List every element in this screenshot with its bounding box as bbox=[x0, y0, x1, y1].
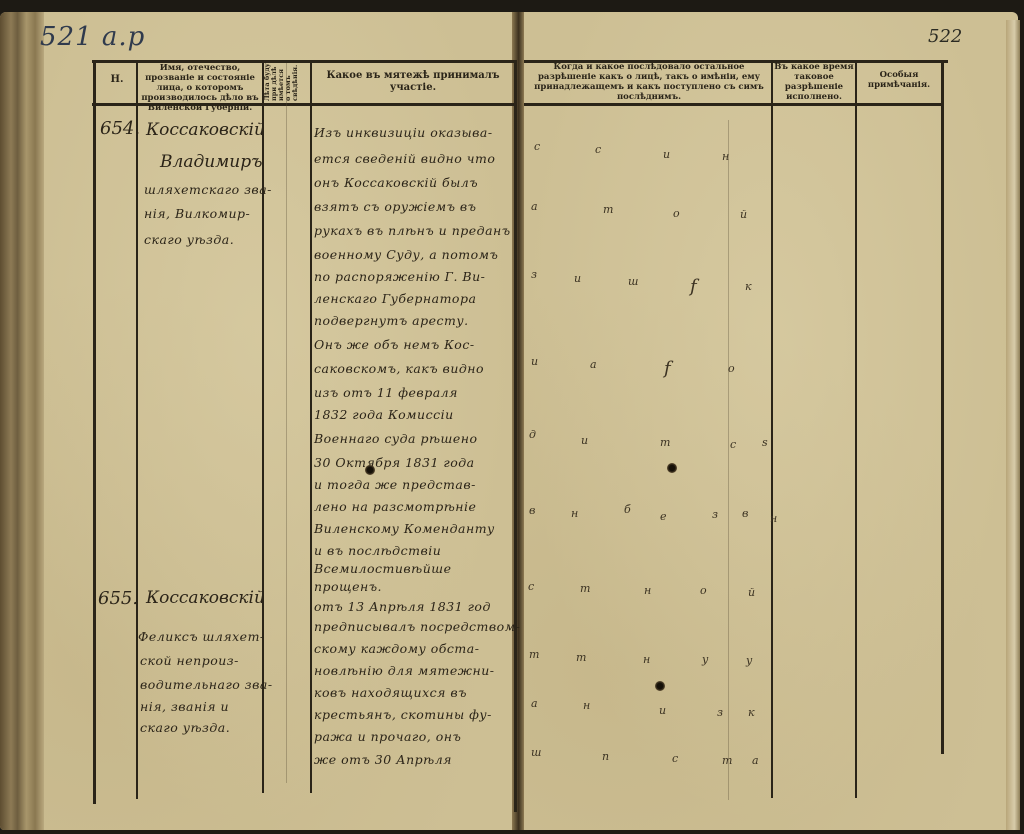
text-line: ража и прочаго, онъ bbox=[314, 729, 461, 744]
mark: с bbox=[595, 143, 601, 156]
page-edges bbox=[1006, 20, 1020, 830]
header-no: Н. bbox=[100, 74, 134, 86]
entry-name-line: нія, званія и bbox=[140, 699, 229, 714]
text-line: и въ послѣдствіи bbox=[314, 543, 441, 558]
header-name: Имя, отечество, прозваніе и состояніе ли… bbox=[140, 63, 260, 113]
text-line: Военнаго суда рѣшено bbox=[314, 431, 477, 446]
header-participation: Какое въ мятежѣ принималъ участіе. bbox=[314, 70, 512, 94]
ledger-spread: 521 а.р 522 Н. Имя, отечество, прозваніе… bbox=[0, 0, 1024, 834]
text-line: Виленскому Коменданту bbox=[314, 521, 495, 536]
text-line: изъ отъ 11 февраля bbox=[314, 385, 458, 400]
mark: а bbox=[590, 358, 597, 371]
mark: п bbox=[602, 750, 609, 763]
col-guide-faint bbox=[728, 120, 729, 800]
mark: ш bbox=[531, 746, 541, 759]
mark: н bbox=[571, 507, 578, 520]
entry-name-line: Феликсъ шляхет- bbox=[138, 629, 265, 644]
col-line-6 bbox=[771, 63, 773, 798]
mark: s bbox=[762, 436, 768, 449]
text-line: лено на разсмотрѣніе bbox=[314, 499, 476, 514]
text-line: Онъ же объ немъ Кос- bbox=[314, 337, 475, 352]
mark: т bbox=[603, 203, 613, 216]
mark: и bbox=[531, 355, 538, 368]
text-line: военному Суду, а потомъ bbox=[314, 247, 498, 262]
text-line: по распоряженію Г. Ви- bbox=[314, 269, 485, 284]
entry-name-line: водительнаго зва- bbox=[140, 677, 273, 692]
text-line: же отъ 30 Апрѣля bbox=[314, 752, 452, 767]
col-line-7 bbox=[855, 63, 857, 798]
text-line: ковъ находящихся въ bbox=[314, 685, 467, 700]
header-resolution: Когда и какое послѣдовало остальное разр… bbox=[528, 62, 770, 102]
mark: т bbox=[576, 651, 586, 664]
entry-number: 654. bbox=[100, 118, 140, 139]
mark: т bbox=[722, 754, 732, 767]
header-notes: Особыя примѣчанія. bbox=[858, 70, 940, 90]
book-edge bbox=[0, 12, 44, 830]
entry-name-line: скаго уѣзда. bbox=[144, 232, 234, 247]
mark: у bbox=[746, 654, 752, 667]
entry-name-line: Коссаковскій bbox=[146, 120, 265, 140]
mark: в bbox=[742, 507, 748, 520]
mark: д bbox=[529, 428, 536, 441]
paper-hole bbox=[667, 463, 677, 473]
text-line: подвергнутъ аресту. bbox=[314, 313, 469, 328]
entry-name-line: скаго уѣзда. bbox=[140, 720, 230, 735]
mark: ш bbox=[628, 275, 638, 288]
header-age: Лѣта буду при дѣлѣ имѣется о томъ свѣдѣн… bbox=[264, 63, 286, 101]
text-line: саковскомъ, какъ видно bbox=[314, 361, 484, 376]
text-line: 1832 года Комиссіи bbox=[314, 407, 454, 422]
mark: f bbox=[664, 358, 671, 379]
text-line: отъ 13 Апрѣля 1831 год bbox=[314, 599, 491, 614]
mark: з bbox=[717, 706, 723, 719]
col-line-0 bbox=[93, 60, 96, 804]
mark: т bbox=[660, 436, 670, 449]
mark: о bbox=[700, 584, 707, 597]
paper-hole bbox=[655, 681, 665, 691]
text-line: 30 Октября 1831 года bbox=[314, 455, 475, 470]
mark: в bbox=[529, 504, 535, 517]
mark: т bbox=[529, 648, 539, 661]
mark: и bbox=[574, 272, 581, 285]
entry-number: 655. bbox=[98, 588, 138, 609]
mark: о bbox=[728, 362, 735, 375]
col-line-1 bbox=[136, 63, 138, 799]
mark: з bbox=[531, 268, 537, 281]
mark: к bbox=[745, 280, 752, 293]
right-page-number: 522 bbox=[928, 26, 962, 47]
left-page-number: 521 а.р bbox=[40, 22, 145, 52]
mark: з bbox=[712, 508, 718, 521]
mark: о bbox=[673, 207, 680, 220]
text-line: рукахъ въ плѣнъ и преданъ bbox=[314, 223, 511, 238]
text-line: Всемилостивѣйше bbox=[314, 561, 451, 576]
mark: у bbox=[702, 653, 708, 666]
mark: а bbox=[752, 754, 759, 767]
col-line-5 bbox=[514, 60, 517, 812]
entry-name-line: Коссаковскій bbox=[146, 588, 265, 608]
header-bottom-rule-right bbox=[524, 103, 942, 106]
text-line: онъ Коссаковскій былъ bbox=[314, 175, 478, 190]
entry-name-line: нія, Вилкомир- bbox=[144, 206, 250, 221]
text-line: ется сведеній видно что bbox=[314, 151, 495, 166]
mark: н bbox=[644, 584, 651, 597]
mark: н bbox=[643, 653, 650, 666]
entry-name-line: Владимиръ bbox=[160, 152, 262, 172]
entry-name-line: ской непроиз- bbox=[140, 653, 239, 668]
mark: й bbox=[740, 208, 747, 221]
mark: а bbox=[531, 697, 538, 710]
entry-name-line: шляхетскаго зва- bbox=[144, 182, 272, 197]
mark: т bbox=[580, 582, 590, 595]
mark: й bbox=[748, 586, 755, 599]
paper-hole bbox=[365, 465, 375, 475]
text-line: Изъ инквизиціи оказыва- bbox=[314, 125, 493, 140]
mark: к bbox=[748, 706, 755, 719]
text-line: новлѣнію для мятежни- bbox=[314, 663, 494, 678]
mark: н bbox=[770, 512, 777, 525]
mark: f bbox=[690, 276, 697, 297]
text-line: ленскаго Губернатора bbox=[314, 291, 476, 306]
mark: н bbox=[722, 150, 729, 163]
text-line: скому каждому обста- bbox=[314, 641, 479, 656]
mark: е bbox=[660, 510, 667, 523]
text-line: и тогда же представ- bbox=[314, 477, 476, 492]
mark: с bbox=[534, 140, 540, 153]
mark: н bbox=[583, 699, 590, 712]
mark: б bbox=[624, 503, 631, 516]
col-line-3 bbox=[286, 63, 287, 783]
mark: а bbox=[531, 200, 538, 213]
text-line: прощенъ. bbox=[314, 579, 382, 594]
mark: и bbox=[659, 704, 666, 717]
mark: и bbox=[581, 434, 588, 447]
mark: с bbox=[730, 438, 736, 451]
text-line: взятъ съ оружіемъ въ bbox=[314, 199, 477, 214]
col-line-8 bbox=[941, 60, 944, 754]
text-line: крестьянъ, скотины фу- bbox=[314, 707, 492, 722]
mark: и bbox=[663, 148, 670, 161]
mark: с bbox=[528, 580, 534, 593]
mark: с bbox=[672, 752, 678, 765]
header-executed: Въ какое время таковое разрѣшеніе исполн… bbox=[774, 62, 854, 102]
col-line-4 bbox=[310, 63, 312, 793]
text-line: предписывалъ посредством- bbox=[314, 619, 520, 634]
